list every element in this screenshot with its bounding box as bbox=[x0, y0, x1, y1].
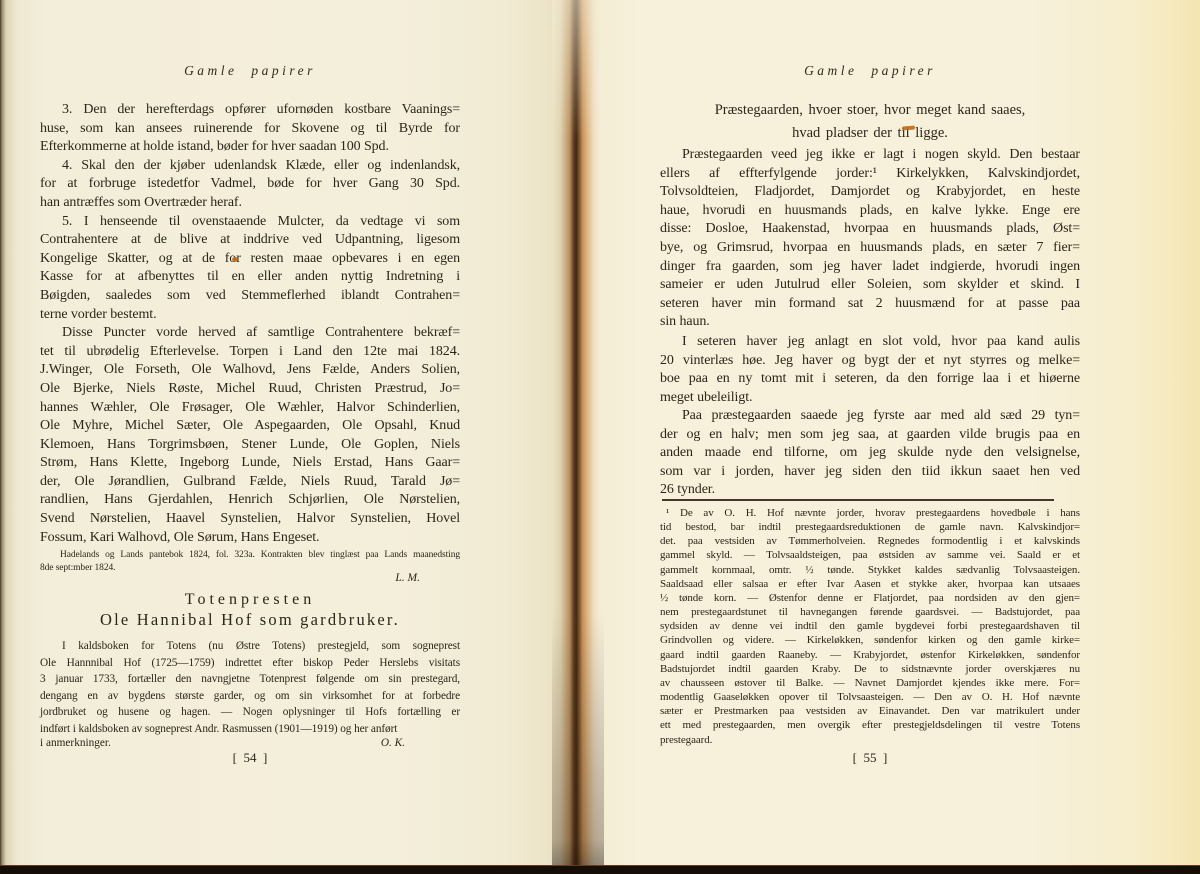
text-line: Strøm, Hans Klette, Ingeborg Lunde, Niel… bbox=[40, 454, 460, 473]
text-line: Saaldsaad eller salsaa er efter Ivar Aas… bbox=[660, 577, 1080, 591]
text-line: meget ubeleiligt. bbox=[660, 389, 1080, 408]
text-line: randlien, Hans Gjerdahlen, Henrich Schjø… bbox=[40, 491, 460, 510]
text-line: der og en halv; men som jeg saa, at gaar… bbox=[660, 426, 1080, 445]
text-line: sin haun. bbox=[660, 313, 1080, 332]
text-line: Kongelige Skatter, og at de for resten m… bbox=[40, 250, 460, 269]
text-line: Præstegaarden veed jeg ikke er lagt i no… bbox=[660, 146, 1080, 165]
text-line: ½ tønde korn. — Østenfor denne er Flatjo… bbox=[660, 591, 1080, 605]
text-line: Klemoen, Hans Torgrimsbøen, Stener Lunde… bbox=[40, 436, 460, 455]
text-line: ett med prestegaarden, men overgik efter… bbox=[660, 718, 1080, 732]
contract-paragraph-5: 5. I henseende til ovenstaaende Mulcter,… bbox=[40, 213, 460, 325]
text-line: 5. I henseende til ovenstaaende Mulcter,… bbox=[40, 213, 460, 232]
section-title: Totenpresten bbox=[40, 591, 460, 609]
text-line: tid bestod, bar indtil prestegaardsreduk… bbox=[660, 520, 1080, 534]
text-line: prestegaard. bbox=[660, 733, 1080, 747]
text-line: J.Winger, Ole Forseth, Ole Walhovd, Jens… bbox=[40, 361, 460, 380]
text-line: tet til ubrødelig Efterlevelse. Torpen i… bbox=[40, 343, 460, 362]
text-line: 3. Den der herefterdags opfører ufornøde… bbox=[40, 101, 460, 120]
text-line: Kasse for at afbenyttes til en eller and… bbox=[40, 268, 460, 287]
text-line: Efterkommerne at holde istand, bøder for… bbox=[40, 138, 460, 157]
text-line: bye, og Grimsrud, hvorpaa en huusmands p… bbox=[660, 239, 1080, 258]
text-line: Grindvollen og videre. — Kirkeløkken, sø… bbox=[660, 633, 1080, 647]
text-line: Hadelands og Lands pantebok 1824, fol. 3… bbox=[40, 549, 460, 562]
gutter-shadow bbox=[552, 0, 604, 874]
prestegaard-paragraph-1: Præstegaarden veed jeg ikke er lagt i no… bbox=[660, 146, 1080, 332]
text-line: sydsiden av denne vei indtil den gamle b… bbox=[660, 619, 1080, 633]
editor-introduction-last-line: i anmerkninger. O. K. bbox=[40, 737, 460, 749]
text-line: boe paa en ny tomt mit i seteren, da den… bbox=[660, 370, 1080, 389]
text-line: disse: Dosloe, Haakenstad, hvorpaa en hu… bbox=[660, 220, 1080, 239]
left-page-body: 3. Den der herefterdags opfører ufornøde… bbox=[40, 101, 460, 547]
prestegaard-paragraph-2: I seteren haver jeg anlagt en slot vold,… bbox=[660, 333, 1080, 407]
ink-speck bbox=[232, 257, 238, 262]
contract-paragraph-3: 3. Den der herefterdags opfører ufornøde… bbox=[40, 101, 460, 157]
text-line: Svend Nørstelien, Haavel Synstelien, Hal… bbox=[40, 510, 460, 529]
text-line: Badstujordet indtil gaarden Kraby. De to… bbox=[660, 662, 1080, 676]
text-line: I kaldsboken for Totens (nu Østre Totens… bbox=[40, 638, 460, 655]
left-page: Gamle papirer 3. Den der herefterdags op… bbox=[40, 0, 460, 874]
text-line: 20 vinterlæs høe. Jeg haver og bygt der … bbox=[660, 352, 1080, 371]
text-line: terne vorder bestemt. bbox=[40, 306, 460, 325]
editor-introduction: I kaldsboken for Totens (nu Østre Totens… bbox=[40, 638, 460, 738]
page-number-left: [ 54 ] bbox=[40, 750, 460, 766]
prestegaard-paragraph-3: Paa præstegaarden saaede jeg fyrste aar … bbox=[660, 407, 1080, 500]
text-line: Ole Bjerke, Niels Røste, Michel Ruud, Ch… bbox=[40, 380, 460, 399]
text-line: Præstegaarden, hvoer stoer, hvor meget k… bbox=[660, 99, 1080, 122]
text-line: nem prestegaardstunet til havnegangen fø… bbox=[660, 605, 1080, 619]
text-line: seteren haver min formand sat 2 huusmænd… bbox=[660, 295, 1080, 314]
text-line: jordbruket og husene og hagen. — Nogen o… bbox=[40, 704, 460, 721]
text-line: hvad pladser der til ligge. bbox=[660, 122, 1080, 145]
text-line: huse, som kan ansees ruinerende for Skov… bbox=[40, 120, 460, 139]
text-line: han antræffes som Overtræder heraf. bbox=[40, 194, 460, 213]
right-page: Gamle papirer Præstegaarden, hvoer stoer… bbox=[660, 0, 1080, 874]
text-line: Contrahentere at de blive at inddrive ve… bbox=[40, 231, 460, 250]
text-line: for at forbruge istedetfor Vadmel, bøde … bbox=[40, 175, 460, 194]
contract-closing-and-signatures: Disse Puncter vorde herved af samtlige C… bbox=[40, 324, 460, 547]
text-line: sæter er Prestmarken paa vestsiden av Ei… bbox=[660, 704, 1080, 718]
text-line: det. paa vestsiden av Tømmerholveien. Re… bbox=[660, 534, 1080, 548]
text-line: som var i jorden, haver jeg siden den ti… bbox=[660, 463, 1080, 482]
text-line: dengang en av bygdens største garder, og… bbox=[40, 688, 460, 705]
text-line: gammelt kornmaal, omtr. ½ tønde. Stykket… bbox=[660, 563, 1080, 577]
intro-last-text: i anmerkninger. bbox=[40, 737, 111, 749]
text-line: av chausseen østover til Balke. — Navnet… bbox=[660, 676, 1080, 690]
text-line: modentlig Gaaseløkken opover til Tolvsaa… bbox=[660, 690, 1080, 704]
page-number-right: [ 55 ] bbox=[660, 750, 1080, 766]
text-line: Disse Puncter vorde herved af samtlige C… bbox=[40, 324, 460, 343]
source-note-signature: L. M. bbox=[40, 572, 460, 584]
text-line: 4. Skal den der kjøber udenlandsk Klæde,… bbox=[40, 157, 460, 176]
text-line: ¹ De av O. H. Hof nævnte jorder, hvorav … bbox=[660, 506, 1080, 520]
text-line: gammel skyld. — Tolvsaaldsteigen, paa øs… bbox=[660, 548, 1080, 562]
text-line: dinger fra gaarden, som jeg haver ladet … bbox=[660, 258, 1080, 277]
text-line: Tolvsoldteien, Fladjordet, Damjordet og … bbox=[660, 183, 1080, 202]
book-scan: Gamle papirer 3. Den der herefterdags op… bbox=[0, 0, 1200, 874]
running-header-left: Gamle papirer bbox=[40, 63, 460, 79]
text-line: der, Ole Jørandlien, Gulbrand Fælde, Nie… bbox=[40, 473, 460, 492]
text-line: indført i kaldsboken av sogneprest Andr.… bbox=[40, 721, 460, 738]
chapter-question-heading: Præstegaarden, hvoer stoer, hvor meget k… bbox=[660, 99, 1080, 145]
editor-initials: O. K. bbox=[381, 737, 460, 749]
text-line: ellers af effterfylgende jorder:¹ Kirkel… bbox=[660, 165, 1080, 184]
book-gutter bbox=[552, 0, 604, 874]
text-line: Ole Myhre, Michel Sæter, Ole Aspegaarden… bbox=[40, 417, 460, 436]
text-line: gaard indtil gaarden Raaneby. — Krabyjor… bbox=[660, 648, 1080, 662]
text-line: hannes Wæhler, Ole Frøsager, Ole Wæhler,… bbox=[40, 399, 460, 418]
text-line: Paa præstegaarden saaede jeg fyrste aar … bbox=[660, 407, 1080, 426]
section-subtitle: Ole Hannibal Hof som gardbruker. bbox=[40, 610, 460, 630]
text-line: I seteren haver jeg anlagt en slot vold,… bbox=[660, 333, 1080, 352]
text-line: Bøigden, saaledes som ved Stemmeflerhed … bbox=[40, 287, 460, 306]
text-line: Ole Hannnibal Hof (1725—1759) indrettet … bbox=[40, 655, 460, 672]
text-line: anden maade end tilforne, om jeg skulde … bbox=[660, 444, 1080, 463]
running-header-right: Gamle papirer bbox=[660, 63, 1080, 79]
text-line: haue, hvorudi en huusmands plads, en kal… bbox=[660, 202, 1080, 221]
footnote-text: ¹ De av O. H. Hof nævnte jorder, hvorav … bbox=[660, 506, 1080, 747]
text-line: Fossum, Kari Walhovd, Ole Sørum, Hans En… bbox=[40, 529, 460, 548]
text-line: 26 tynder. bbox=[660, 481, 1080, 500]
text-line: 3 januar 1733, fortæller den navngjetne … bbox=[40, 671, 460, 688]
text-line: sameier er uden Jutulrud eller Soleien, … bbox=[660, 276, 1080, 295]
footnote-separator-rule bbox=[662, 499, 1054, 501]
contract-paragraph-4: 4. Skal den der kjøber udenlandsk Klæde,… bbox=[40, 157, 460, 213]
